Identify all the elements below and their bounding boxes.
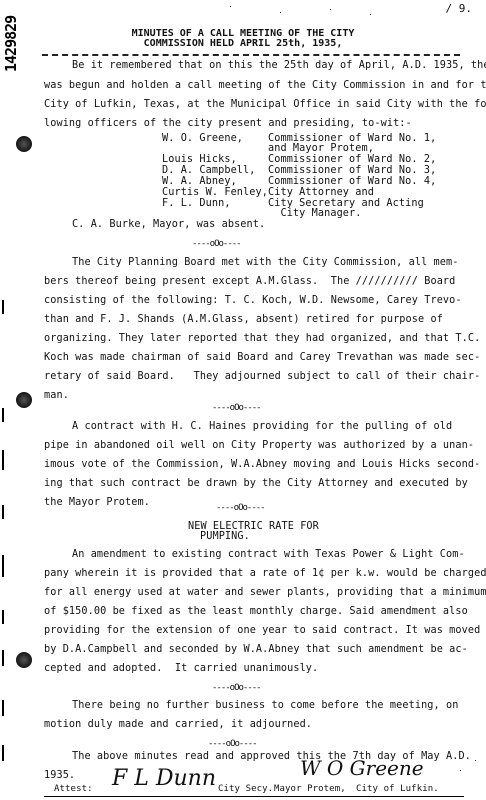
officer-name: Curtis W. Fenley, bbox=[162, 187, 268, 198]
margin-mark bbox=[2, 450, 4, 470]
paragraph-line: by D.A.Campbell and seconded by W.A.Abne… bbox=[44, 644, 468, 655]
intro-line: Be it remembered that on this the 25th d… bbox=[72, 60, 486, 71]
officer-name: W. O. Greene, bbox=[162, 133, 243, 144]
intro-line: lowing officers of the city present and … bbox=[44, 118, 412, 129]
approval-year: 1935. bbox=[44, 770, 75, 781]
punch-hole-icon bbox=[16, 392, 32, 408]
mayor-label: Mayor Protem, bbox=[274, 784, 346, 794]
paragraph-line: bers thereof being present except A.M.Gl… bbox=[44, 276, 455, 287]
signature-rule bbox=[44, 796, 464, 797]
paragraph-line: There being no further business to come … bbox=[72, 700, 458, 711]
officer-name: Louis Hicks, bbox=[162, 154, 237, 165]
paragraph-line: man. bbox=[44, 390, 69, 401]
section-separator: ----oOo---- bbox=[208, 739, 257, 749]
margin-mark bbox=[2, 555, 4, 577]
section-separator: ----oOo---- bbox=[216, 503, 265, 513]
scan-speck bbox=[230, 6, 231, 7]
margin-mark bbox=[2, 650, 4, 666]
paragraph-line: Koch was made chairman of said Board and… bbox=[44, 352, 480, 363]
paragraph-line: An amendment to existing contract with T… bbox=[72, 549, 465, 560]
paragraph-line: pany wherein it is provided that a rate … bbox=[44, 568, 486, 579]
officer-title: City Manager. bbox=[268, 208, 362, 219]
scan-speck bbox=[280, 12, 281, 13]
officer-name: W. A. Abney, bbox=[162, 176, 237, 187]
secretary-title: City Secy. bbox=[218, 784, 273, 794]
intro-line: City of Lufkin, Texas, at the Municipal … bbox=[44, 99, 486, 110]
scan-speck bbox=[370, 14, 371, 15]
paragraph-line: consisting of the following: T. C. Koch,… bbox=[44, 295, 462, 306]
officer-name: D. A. Campbell, bbox=[162, 165, 256, 176]
paragraph-line: for all energy used at water and sewer p… bbox=[44, 587, 486, 598]
document-page: 1429829 / 9. MINUTES OF A CALL MEETING O… bbox=[0, 0, 486, 800]
secretary-signature: F L Dunn bbox=[112, 766, 216, 791]
officer-name: F. L. Dunn, bbox=[162, 198, 231, 209]
officer-title: City Attorney and bbox=[268, 187, 374, 198]
officer-title: Commissioner of Ward No. 2, bbox=[268, 154, 436, 165]
attest-label: Attest: bbox=[54, 784, 93, 794]
paragraph-line: motion duly made and carried, it adjourn… bbox=[44, 719, 312, 730]
officer-title: and Mayor Protem, bbox=[268, 143, 374, 154]
paragraph-line: pipe in abandoned oil well on City Prope… bbox=[44, 440, 474, 451]
paragraph-line: The City Planning Board met with the Cit… bbox=[72, 257, 458, 268]
margin-mark bbox=[2, 505, 4, 519]
punch-hole-icon bbox=[16, 136, 32, 152]
intro-line: was begun and holden a call meeting of t… bbox=[44, 80, 486, 91]
paragraph-line: ing that such contract be drawn by the C… bbox=[44, 478, 468, 489]
margin-mark bbox=[2, 408, 4, 422]
margin-mark bbox=[2, 745, 4, 761]
paragraph-line: than and F. J. Shands (A.M.Glass, absent… bbox=[44, 314, 443, 325]
paragraph-line: the Mayor Protem. bbox=[44, 497, 150, 508]
officer-title: Commissioner of Ward No. 4, bbox=[268, 176, 436, 187]
punch-hole-icon bbox=[16, 652, 32, 668]
paragraph-line: of $150.00 be fixed as the least monthly… bbox=[44, 606, 468, 617]
paragraph-line: imous vote of the Commission, W.A.Abney … bbox=[44, 459, 480, 470]
margin-mark bbox=[2, 610, 4, 624]
scan-speck bbox=[460, 770, 461, 771]
paragraph-line: cepted and adopted. It carried unanimous… bbox=[44, 663, 318, 674]
section-separator: ----oOo---- bbox=[212, 403, 261, 413]
corner-page-mark: / 9. bbox=[446, 2, 473, 15]
title-underline-divider bbox=[42, 54, 460, 56]
scan-speck bbox=[475, 760, 476, 761]
section-separator: ----oOo---- bbox=[192, 239, 241, 249]
document-title-line2: COMMISSION HELD APRIL 25th, 1935, bbox=[0, 38, 486, 49]
mayor-signature: W O Greene bbox=[300, 756, 424, 780]
section-separator: ----oOo---- bbox=[212, 683, 261, 693]
paragraph-line: providing for the extension of one year … bbox=[44, 625, 480, 636]
margin-mark bbox=[2, 700, 4, 716]
officer-title: Commissioner of Ward No. 3, bbox=[268, 165, 436, 176]
absent-note: C. A. Burke, Mayor, was absent. bbox=[72, 219, 265, 230]
paragraph-line: organizing. They later reported that the… bbox=[44, 333, 480, 344]
margin-mark bbox=[2, 300, 4, 314]
city-label: City of Lufkin. bbox=[356, 784, 439, 794]
paragraph-line: A contract with H. C. Haines providing f… bbox=[72, 421, 452, 432]
scan-speck bbox=[330, 9, 331, 10]
paragraph-line: retary of said Board. They adjourned sub… bbox=[44, 371, 480, 382]
subheading-line2: PUMPING. bbox=[200, 531, 250, 542]
